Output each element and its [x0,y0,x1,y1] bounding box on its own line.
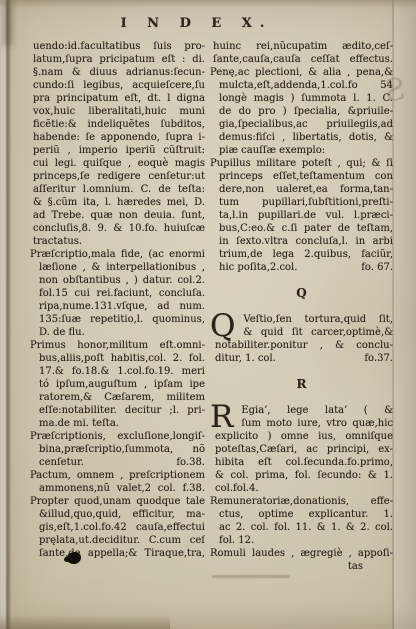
text-line: ficẽtie:& indeliquẽtes ſubditos, [30,118,205,131]
text-line: mulcta,eſt,addenda,1.col.fo 54 [210,79,393,92]
text-columns: uendo:id.facultatibus ſuis pro-latum,ſup… [0,40,393,573]
text-line: col.fol.4. [210,482,393,495]
text-line: Propter quod,unam quodque tale [30,495,205,508]
text-line: poteſtas,Cæſari, ac principi, ex- [210,443,393,456]
printed-text-area: I N D E X. uendo:id.facultatibus ſuis pr… [0,0,393,573]
text-line: trium,de lega 2.quibus, faciũr, [210,248,393,261]
text-line: pra principatum eſt, dt. l digna [30,92,205,105]
text-line: fol.15 cui rei.faciunt, concluſa. [30,287,205,300]
text-line: princeps,ſe redigere cenſetur:ut [30,170,205,183]
left-column: uendo:id.facultatibus ſuis pro-latum,ſup… [30,40,205,573]
text-line: pręlata,ut.deciditur. C.cum ceſ [30,534,205,547]
text-line: cenſetur.fo.38. [30,456,205,469]
folio-ref: fo.37. [364,352,393,365]
text-line: ad Trebe. quæ non deuia. ſunt, [30,209,205,222]
text-line: Veſtio,ſen tortura,quid ſit, [238,313,393,326]
text-line: vox,huic liberalitati,huic muni [30,105,205,118]
text-line: Præſcriptionis, excluſione,longiſ- [30,430,205,443]
text-line: dere,non ualeret,ea forma,tan- [210,183,393,196]
text-line: ſum moto iure, vtro quæ,hic [236,417,393,430]
text-line: Pupillus militare poteſt , qui; & ſi [210,157,393,170]
text-line: ratorem,& Cæſarem, militem [30,391,205,404]
text-line: habende: ſe apponendo, ſupra i- [30,131,205,144]
text-line: latum,ſupra pricipatum eſt : di. [30,53,205,66]
index-entry: Primus honor,militum eſt.omni-bus,aliis,… [30,339,205,430]
entry-continuation: uendo:id.facultatibus ſuis pro-latum,ſup… [30,40,205,248]
text-line: & quid ſit carcer,optimè,& [238,326,393,339]
text-line: ſante,de appella;& Tiraque,tra, [30,547,205,560]
drop-cap: Q [210,314,235,339]
text-line: non obſtantibus , ) datur. col.2. [30,274,205,287]
bleedthrough-letter: S [383,75,408,108]
text-line: §.nam & diuus adrianus:ſecun- [30,66,205,79]
text-line: Pactum, omnem , preſcriptionem [30,469,205,482]
index-entry: Remuneratoriæ,donationis, effe-ctus, opt… [210,495,393,547]
text-line: ta,l.in pupillari.de vul. l.præci- [210,209,393,222]
text-line: Romuli laudes , ægregiè , appoſi- [210,547,393,560]
text-line: D. de flu. [30,326,205,339]
text-line: bus,C:eo.& c.ſi pater de teſtam, [210,222,393,235]
text-line: notabiliter.ponitur , & conclu- [210,339,393,352]
catchword: tas [210,560,393,573]
text-line: 135:ſuæ repetitio,l. quominus, [30,313,205,326]
entry-text: ditur, 1. col. [215,352,276,365]
text-line: explicito ) omne ius, omniſque [210,430,393,443]
right-column: huinc rei,nũcupatim ædito,ceſ-ſante,cauſ… [210,40,393,573]
text-line: & col. prima, fol. ſecundo: & 1. [210,469,393,482]
text-line: fol. 12. [210,534,393,547]
text-line: ac 2. col. fol. 11. & 1. & 2. col. [210,521,393,534]
index-entry: Pactum, omnem , preſcriptionemammonens,n… [30,469,205,495]
text-line: periũ , imperio iperiũ cũſtruit: [30,144,205,157]
index-entry: Propter quod,unam quodque tale&illud,quo… [30,495,205,560]
index-entry: Pupillus militare poteſt , qui; & ſiprin… [210,157,393,274]
page-title: I N D E X. [0,16,393,31]
folio-ref: fo.38. [176,456,205,469]
section-letter: R [210,377,393,391]
text-line: ctus, optime explicantur. 1. [210,508,393,521]
text-line: ditur, 1. col.fo.37. [210,352,393,365]
text-line: Penę,ac plectioni, & alia , pena,& [210,66,393,79]
text-line: & §.cũm ita, l. hæredes mei, D. [30,196,205,209]
entry-text: cenſetur. [39,456,84,469]
text-line: bus,aliis,poſt habitis,col. 2. fol. [30,352,205,365]
text-line: longè magis ) ſummota l. 1. C. [210,92,393,105]
text-line: ripa,nume.131.vſque, ad num. [30,300,205,313]
index-entry: Præſcriptionis, excluſione,longiſ-bina,p… [30,430,205,469]
text-line: bina,præſcriptio,ſummota, nõ [30,443,205,456]
text-line: princeps eſſet,teſtamentum con [210,170,393,183]
index-entry-dropcap: REgia’, lege lata’ ( & dictatoris.ſum mo… [210,404,393,495]
text-line: hic poſita,2.col.fo. 67. [210,261,393,274]
text-line: hibita eſt col.ſecunda.fo.primo, [210,456,393,469]
drop-cap: R [210,405,233,430]
text-line: piæ cauſſæ exemplo: [210,144,393,157]
entry-continuation: huinc rei,nũcupatim ædito,ceſ-ſante,cauſ… [210,40,393,66]
text-line: Præſcriptio,mala fide, (ac enormi [30,248,205,261]
index-entry-dropcap: QVeſtio,ſen tortura,quid ſit,& quid ſit … [210,313,393,365]
text-line: 17.& fo.18.& 1.col.fo.19. meri [30,365,205,378]
entry-text: hic poſita,2.col. [219,261,297,274]
text-line: ma.de mi. teſta. [30,417,205,430]
index-entry: Romuli laudes , ægregiè , appoſi- [210,547,393,560]
index-entry: Penę,ac plectioni, & alia , pena,&mulcta… [210,66,393,157]
text-line: gis,eſt,1.col.fo.42 cauſa,effectui [30,521,205,534]
ink-smudge [212,575,290,578]
text-line: ammonens,nũ valet,2 col. f.38. [30,482,205,495]
text-line: Remuneratoriæ,donationis, effe- [210,495,393,508]
text-line: de do pro ) ſpecialia, &priuile- [210,105,393,118]
text-line: tractatus. [30,235,205,248]
text-line: cui legi. quiſque , eoquè magis [30,157,205,170]
text-line: &illud,quo,quid, efficitur, ma- [30,508,205,521]
text-line: Primus honor,militum eſt.omni- [30,339,205,352]
text-line: gia,ſpecialibus,ac priuilegiis,ad [210,118,393,131]
section-letter: Q [210,286,393,300]
top-edge-shadow [0,0,416,8]
text-line: læſione , & interpellationibus , [30,261,205,274]
folio-ref: fo. 67. [361,261,393,274]
text-line: ſante,cauſa,cauſa ceſſat effectus. [210,53,393,66]
text-line: Egia’, lege lata’ ( & dictatoris. [236,404,393,417]
scanned-page: I N D E X. uendo:id.facultatibus ſuis pr… [0,0,416,629]
text-line: tó ipſum,auguſtum , ipſam ipe [30,378,205,391]
text-line: demus:fiſci , libertatis, dotis, & [210,131,393,144]
text-line: aſſeritur l.omnium. C. de teſta: [30,183,205,196]
text-line: concluſis,8. 9. & 10.fo. huiuſcæ [30,222,205,235]
text-line: eſſe:notabiliter. decitur ;l. pri- [30,404,205,417]
bottom-left-shadow [0,615,170,629]
text-line: cundo:ſi legibus, acquieſcere,ſu [30,79,205,92]
text-line: huinc rei,nũcupatim ædito,ceſ- [210,40,393,53]
text-line: in ſexto.vltra concluſa,l. in arbi [210,235,393,248]
text-line: uendo:id.facultatibus ſuis pro- [30,40,205,53]
index-entry: Præſcriptio,mala fide, (ac enormilæſione… [30,248,205,339]
text-line: tum pupillari,ſubſtitioni,preſti- [210,196,393,209]
